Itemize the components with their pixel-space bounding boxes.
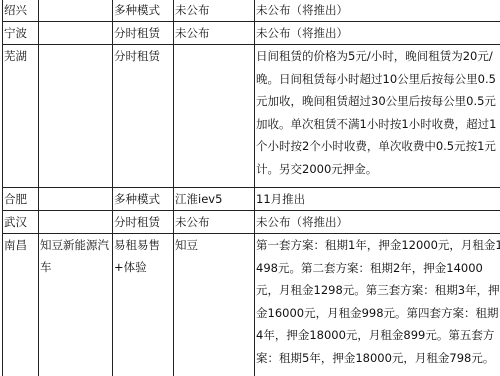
- vehicle-cell: 未公布: [174, 0, 255, 22]
- city-cell: 绍兴: [3, 0, 39, 22]
- details-cell: 未公布（将推出）: [255, 0, 500, 22]
- vehicle-cell: 江淮iev5: [174, 188, 255, 211]
- mode-cell: 多种模式: [113, 188, 174, 211]
- city-cell: 宁波: [3, 22, 39, 45]
- details-cell: 未公布（将推出）: [255, 211, 500, 234]
- mode-cell: 分时租赁: [113, 45, 174, 188]
- city-rental-table: 绍兴 多种模式 未公布 未公布（将推出） 宁波 分时租赁 未公布 未公布（将推出…: [2, 0, 500, 376]
- company-cell: [39, 22, 113, 45]
- company-cell: [39, 45, 113, 188]
- vehicle-cell: 知豆: [174, 234, 255, 376]
- table-row: 武汉 分时租赁 未公布 未公布（将推出）: [3, 211, 500, 234]
- details-cell: 日间租赁的价格为5元/小时，晚间租赁为20元/晚。日间租赁每小时超过10公里后按…: [255, 45, 500, 188]
- details-cell: 11月推出: [255, 188, 500, 211]
- mode-cell: 分时租赁: [113, 22, 174, 45]
- mode-cell: 分时租赁: [113, 211, 174, 234]
- city-cell: 芜湖: [3, 45, 39, 188]
- mode-cell: 多种模式: [113, 0, 174, 22]
- details-cell: 未公布（将推出）: [255, 22, 500, 45]
- company-cell: [39, 188, 113, 211]
- table-row: 合肥 多种模式 江淮iev5 11月推出: [3, 188, 500, 211]
- vehicle-cell: [174, 45, 255, 188]
- city-cell: 武汉: [3, 211, 39, 234]
- table-row: 宁波 分时租赁 未公布 未公布（将推出）: [3, 22, 500, 45]
- city-cell: 南昌: [3, 234, 39, 376]
- table-row: 芜湖 分时租赁 日间租赁的价格为5元/小时，晚间租赁为20元/晚。日间租赁每小时…: [3, 45, 500, 188]
- company-cell: [39, 211, 113, 234]
- city-cell: 合肥: [3, 188, 39, 211]
- vehicle-cell: 未公布: [174, 211, 255, 234]
- vehicle-cell: 未公布: [174, 22, 255, 45]
- mode-cell: 易租易售+体验: [113, 234, 174, 376]
- details-cell: 第一套方案：租期1年，押金12000元，月租金1498元。第二套方案：租期2年，…: [255, 234, 500, 376]
- table-row: 南昌 知豆新能源汽车 易租易售+体验 知豆 第一套方案：租期1年，押金12000…: [3, 234, 500, 376]
- table-row: 绍兴 多种模式 未公布 未公布（将推出）: [3, 0, 500, 22]
- company-cell: [39, 0, 113, 22]
- company-cell: 知豆新能源汽车: [39, 234, 113, 376]
